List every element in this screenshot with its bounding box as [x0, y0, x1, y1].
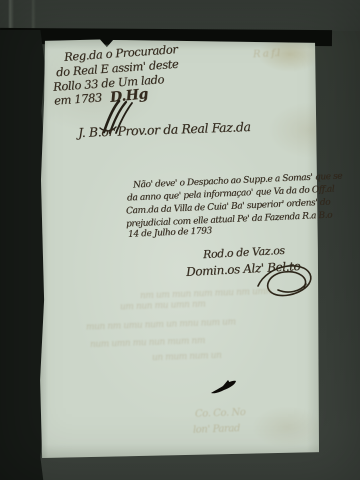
backdrop-left-spine	[0, 30, 47, 480]
bleedthrough-bottom-line: Co. Co. No	[195, 407, 246, 420]
bleedthrough-bottom-line: lon' Parad	[193, 423, 240, 436]
backdrop-top-board	[0, 0, 360, 31]
ink-blot	[210, 379, 238, 396]
photographed-document-scene: R a f.l Reg.da o Procurador do Real E as…	[0, 0, 360, 480]
